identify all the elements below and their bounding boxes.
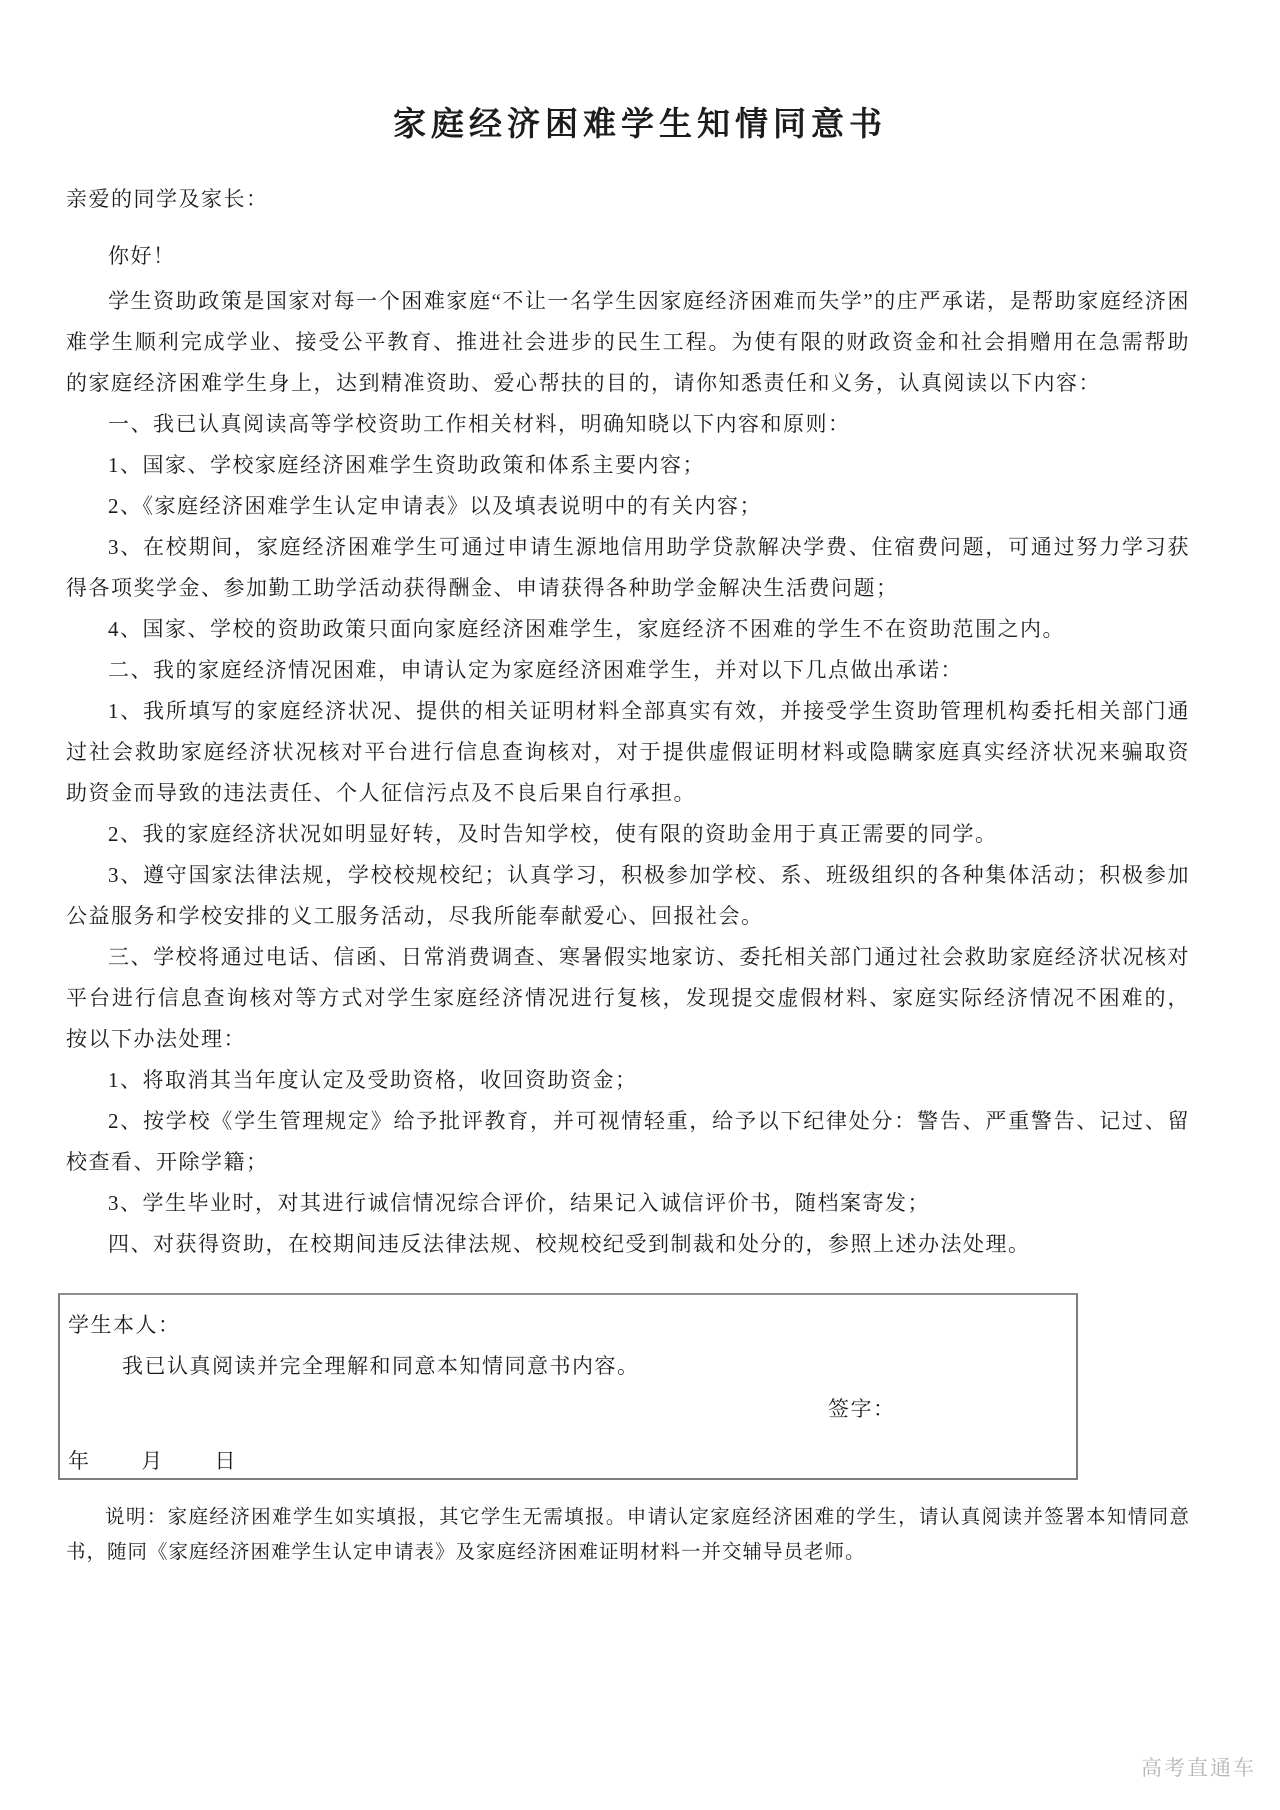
paragraph-section-2: 二、我的家庭经济情况困难，申请认定为家庭经济困难学生，并对以下几点做出承诺：	[66, 650, 1190, 691]
month-label: 月	[141, 1445, 164, 1475]
watermark-text: 高考直通车	[1141, 1752, 1256, 1782]
day-label: 日	[215, 1445, 238, 1475]
paragraph-item: 3、在校期间，家庭经济困难学生可通过申请生源地信用助学贷款解决学费、住宿费问题，…	[66, 527, 1190, 609]
signature-box: 学生本人： 我已认真阅读并完全理解和同意本知情同意书内容。 签字： 年 月 日	[58, 1293, 1078, 1480]
date-line[interactable]: 年 月 日	[68, 1445, 281, 1475]
paragraph-item: 1、我所填写的家庭经济状况、提供的相关证明材料全部真实有效，并接受学生资助管理机…	[66, 691, 1190, 814]
paragraph-section-1: 一、我已认真阅读高等学校资助工作相关材料，明确知晓以下内容和原则：	[66, 404, 1190, 445]
year-label: 年	[68, 1445, 91, 1475]
greeting-line: 亲爱的同学及家长：	[66, 184, 269, 214]
signature-label[interactable]: 签字：	[828, 1393, 896, 1423]
student-self-label: 学生本人：	[68, 1309, 181, 1339]
paragraph-intro: 学生资助政策是国家对每一个困难家庭“不让一名学生因家庭经济困难而失学”的庄严承诺…	[66, 281, 1190, 404]
paragraph-item: 3、学生毕业时，对其进行诚信情况综合评价，结果记入诚信评价书，随档案寄发；	[66, 1183, 1190, 1224]
page-title: 家庭经济困难学生知情同意书	[0, 103, 1280, 147]
paragraph-item: 1、将取消其当年度认定及受助资格，收回资助资金；	[66, 1060, 1190, 1101]
paragraph-item: 3、遵守国家法律法规，学校校规校纪；认真学习，积极参加学校、系、班级组织的各种集…	[66, 855, 1190, 937]
salutation-line: 你好！	[108, 241, 176, 271]
paragraph-item: 4、国家、学校的资助政策只面向家庭经济困难学生，家庭经济不困难的学生不在资助范围…	[66, 609, 1190, 650]
paragraph-item: 2、《家庭经济困难学生认定申请表》以及填表说明中的有关内容；	[66, 486, 1190, 527]
paragraph-item: 2、按学校《学生管理规定》给予批评教育，并可视情轻重，给予以下纪律处分：警告、严…	[66, 1101, 1190, 1183]
consent-statement: 我已认真阅读并完全理解和同意本知情同意书内容。	[122, 1350, 640, 1380]
paragraph-section-3: 三、学校将通过电话、信函、日常消费调查、寒暑假实地家访、委托相关部门通过社会救助…	[66, 937, 1190, 1060]
note-text: 说明：家庭经济困难学生如实填报，其它学生无需填报。申请认定家庭经济困难的学生，请…	[66, 1500, 1190, 1570]
document-page: 家庭经济困难学生知情同意书 亲爱的同学及家长： 你好！ 学生资助政策是国家对每一…	[0, 0, 1280, 1810]
document-body: 学生资助政策是国家对每一个困难家庭“不让一名学生因家庭经济困难而失学”的庄严承诺…	[66, 281, 1190, 1265]
paragraph-section-4: 四、对获得资助，在校期间违反法律法规、校规校纪受到制裁和处分的，参照上述办法处理…	[66, 1224, 1190, 1265]
paragraph-item: 2、我的家庭经济状况如明显好转，及时告知学校，使有限的资助金用于真正需要的同学。	[66, 814, 1190, 855]
paragraph-item: 1、国家、学校家庭经济困难学生资助政策和体系主要内容；	[66, 445, 1190, 486]
